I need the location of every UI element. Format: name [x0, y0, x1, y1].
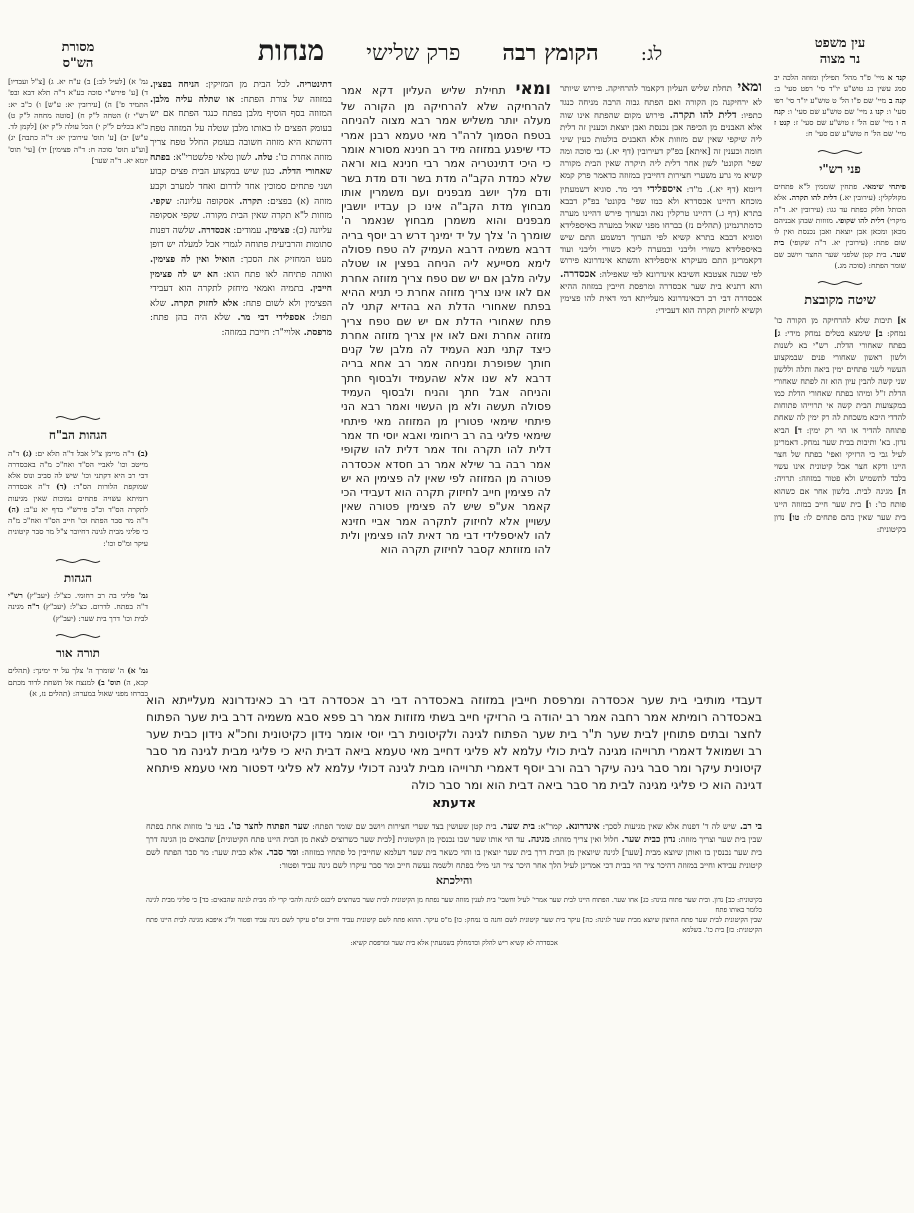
dibur-hamatchil: איספלידי [642, 184, 682, 195]
dibur-hamatchil: גמ' א) [124, 666, 148, 675]
dibur-hamatchil: מגינה. [525, 835, 550, 845]
masoret-hashas-title-2: הש"ס [8, 56, 148, 72]
dibur-hamatchil: ומר סבר. [263, 848, 299, 858]
dibur-hamatchil: קנו ג [867, 107, 884, 116]
commentary-text: בית קטן שעושין בצד שערי חצירות ויושב שם … [309, 822, 496, 831]
dibur-hamatchil: דלית להו תקרה. [664, 110, 736, 121]
commentary-text: אסקופה עליונה: [172, 197, 234, 207]
right-margin-column: עין משפט נר מצוה קנד א מיי' פ"ד מהל' תפי… [774, 36, 906, 536]
section-divider-ornament [774, 147, 906, 157]
dibur-hamatchil: קנה ב [886, 96, 906, 105]
commentary-text: ד"ה מר סבר הפתח וכו' חייב הס"ד ואח"כ מ"ה… [8, 516, 148, 548]
commentary-text: לכל הבית מן המזיקין: [199, 80, 290, 90]
ein-mishpat-title-2: נר מצוה [774, 52, 906, 68]
hagahot-habach-body: (ב) ד"ה מיימן צ"ל אבל ד"ה תלא ים: (ג) ד"… [8, 448, 148, 549]
talmud-page: לג: הקומץ רבה פרק שלישי מנחות עין משפט נ… [0, 0, 914, 1213]
main-text-area: ומאי תחלת שליש העליון דקאמר להרחיקה. פיר… [146, 78, 762, 947]
dibur-hamatchil: נדון כבית שער. [618, 835, 675, 845]
dibur-hamatchil: הואיל ואין לה פצימין. [150, 255, 235, 265]
commentary-text: מיי' שם הל' ז טוש"ע שם סעי' ז: [790, 118, 893, 127]
dibur-hamatchil: ה] [893, 486, 906, 496]
commentary-text: במזוזה של צורת הפתח: [234, 95, 332, 105]
commentary-text: בפתח שאחורי הדלת. רש"י בא לשנות ולשון רא… [774, 341, 906, 435]
gemara-column: ומאי תחילת שליש העליון דקא אמר להרחיקה ש… [341, 78, 551, 686]
dibur-hamatchil: רש"י [8, 591, 23, 600]
commentary-text: פירוש מקום שהפתח אינו שוה אלא האבנים מן … [560, 111, 762, 194]
dibur-hamatchil: בית שער. [497, 822, 535, 832]
dibur-hamatchil: טו] [785, 512, 800, 522]
dibur-hamatchil: תקרה. [234, 197, 262, 207]
left-margin-column: מסורת הש"ס גמ' א) [לעיל לב:] ב) ע"ח יא. … [8, 40, 148, 699]
dibur-hamatchil: אספלידי דבי מר. [230, 313, 305, 323]
chapter-number: פרק שלישי [366, 40, 460, 66]
dibur-hamatchil: ו] [861, 499, 871, 509]
footnote-line: שבין הקיטונית לבית שער פתח החיצון שיוצא … [146, 915, 762, 935]
tosafot-column: ומאי תחלת שליש העליון דקאמר להרחיקה. פיר… [560, 78, 762, 686]
dibur-hamatchil: אכסדרה. [195, 226, 231, 236]
dibur-hamatchil: אלא לחזוק תקרה. [166, 299, 238, 309]
dibur-hamatchil: א] [892, 315, 906, 325]
dibur-hamatchil: הניחה בפצין. [150, 80, 199, 90]
dibur-hamatchil: קנט ז [774, 118, 790, 127]
dibur-hamatchil: דלית להו שקופי. [833, 216, 885, 225]
masoret-hashas-body: גמ' א) [לעיל לב:] ב) ע"ח יא. ג) [צ"ל ועב… [8, 76, 148, 406]
pnei-rashi-title: פני רש"י [774, 162, 906, 176]
dibur-hamatchil: ומאי [732, 79, 762, 95]
dibur-hamatchil: אכסדרה. [560, 269, 596, 280]
commentary-text: והא דתניא בית שער אכסדרה ומרפסת חייבין ב… [560, 282, 762, 316]
dibur-hamatchil: (ד) [50, 482, 67, 491]
dibur-hamatchil: או שתלה עליה מלבן. [150, 95, 234, 105]
rashi-column: דתינטריה. לכל הבית מן המזיקין: הניחה בפצ… [150, 78, 332, 686]
shitah-mekubetzet-title: שיטה מקובצת [774, 293, 906, 309]
commentary-text: ד"ה בפתח. לדרום. כצ"ל: (יעב"ץ) [39, 602, 148, 611]
commentary-text: דבי מר. סוגיא דשמעתין מוכחא דהיינו אכסדר… [560, 185, 762, 280]
dibur-hamatchil: טלה. [251, 153, 272, 163]
commentary-text: עמודים: [230, 226, 261, 236]
dibur-hamatchil: ב] [870, 328, 882, 338]
ein-mishpat-title: עין משפט [774, 36, 906, 52]
dibur-hamatchil: (ג) [19, 449, 32, 458]
tractate-name: מנחות [258, 34, 325, 68]
footnote-line: בקיטונית: כב] נדון. ובית שער פתוח בגינה:… [146, 895, 762, 915]
commentary-text: ואותה פתיחה לאו פתח הוא: [218, 270, 332, 280]
dibur-hamatchil: פיתחי שימאי. [857, 182, 906, 191]
commentary-text: שלא היה בהן פתח: [150, 313, 230, 323]
gemara-initial-word: ומאי [515, 79, 551, 99]
hagahot-title: הגהות [8, 571, 148, 585]
dibur-hamatchil: בי רב. [736, 822, 762, 832]
dibur-hamatchil: שקפי. [150, 197, 172, 207]
dibur-hamatchil: תוס' ב) [95, 678, 121, 687]
gemara-column-text: תחילת שליש העליון דקא אמר להרחיקה שלא לה… [341, 84, 551, 556]
dibur-hamatchil: (ה) [8, 505, 19, 514]
hagahot-habach-title: הגהות הב"ח [8, 428, 148, 442]
commentary-text: פליגי בה רב רחומי. כצ"ל: (יעב"ץ) [23, 591, 135, 600]
dibur-hamatchil: ד] [789, 425, 802, 435]
torah-or-body: גמ' א) ה' שומרך ה' צלך על יד ימינך: (תהל… [8, 665, 148, 699]
commentary-text: חלול ואין צריך מזוזה: [550, 835, 619, 844]
rashi-bottom-block: בי רב. שיש לה ד' דפנות אלא שאין מגיעות ל… [146, 821, 762, 872]
page-header: לג: הקומץ רבה פרק שלישי מנחות [152, 34, 768, 68]
commentary-text: לשון טלאי פלשטרי"א: [170, 153, 251, 163]
shitah-mekubetzet-body: א] תיבות שלא להרחיקה מן הקורה כו' נמחק: … [774, 314, 906, 536]
commentary-text: אלויי"ר: חייבת במזוזה: [221, 328, 300, 338]
daf-number: לג: [641, 43, 663, 66]
commentary-text: מיי' שם טוש"ע שם סעי' ו: [785, 107, 867, 116]
dibur-hamatchil: ד"ה [24, 602, 40, 611]
dibur-hamatchil: דתינטריה. [290, 80, 332, 90]
dibur-hamatchil: מרפסת. [300, 328, 332, 338]
three-column-section: ומאי תחלת שליש העליון דקאמר להרחיקה. פיר… [146, 78, 762, 686]
commentary-text: ד"ה מיימן צ"ל אבל ד"ה תלא ים: [32, 449, 134, 458]
hagahot-body: גמ' פליגי בה רב רחומי. כצ"ל: (יעב"ץ) רש"… [8, 590, 148, 624]
dibur-hamatchil: דלית להו תקרה. [787, 193, 837, 202]
section-divider-ornament [8, 631, 148, 641]
commentary-text: מיי' שם הל' ח טוש"ע שם סעי' ח: [806, 129, 906, 138]
footnote-last-line: אכסדרה לא קשיא ריש להלק וכדמחלק בשמעתין … [146, 939, 762, 947]
section-divider-ornament [8, 413, 148, 423]
commentary-text: קמר"א: [535, 822, 562, 831]
commentary-text: שיש לה ד' דפנות אלא שאין מגיעות לסכך: [600, 822, 737, 831]
gemara-catchword: אדעתא [146, 796, 762, 811]
ein-mishpat-body: קנד א מיי' פ"ד מהל' תפילין ומזוזה הלכה י… [774, 72, 906, 140]
pnei-rashi-body: פיתחי שימאי. פתחין שוממין ל"א פתחים מקול… [774, 181, 906, 271]
dibur-hamatchil: פצימין. [261, 226, 289, 236]
dibur-hamatchil: קנד א [884, 73, 906, 82]
gemara-wide-text: דעבדי מותיבי בית שער אכסדרה ומרפסת חייבי… [146, 692, 762, 794]
torah-or-title: תורה אור [8, 646, 148, 660]
section-divider-ornament [8, 556, 148, 566]
commentary-text: שימצא בטלים נמחק מידי: [780, 329, 870, 338]
section-divider-ornament [774, 278, 906, 288]
rashi-catchword: והילכתא [146, 874, 762, 887]
masoret-hashas-title: מסורת [8, 40, 148, 56]
dibur-hamatchil: אינדרונא. [562, 822, 600, 832]
dibur-hamatchil: שער הפתוח לחצר כו'. [225, 822, 310, 832]
chapter-name: הקומץ רבה [502, 40, 598, 66]
